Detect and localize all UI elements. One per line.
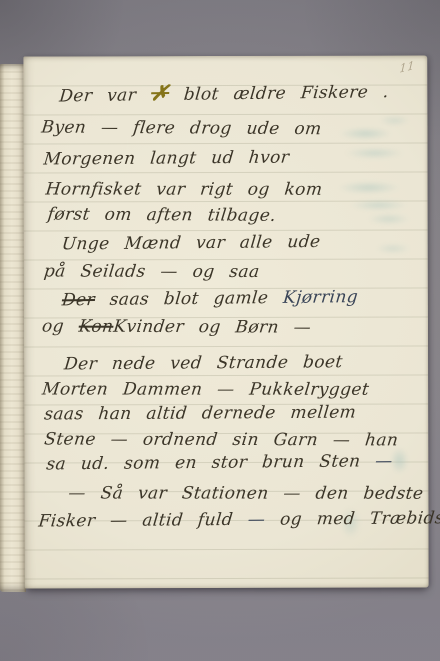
manuscript-segment: Der bbox=[61, 290, 96, 310]
manuscript-line: saas han altid dernede mellem bbox=[43, 401, 357, 427]
manuscript-segment: først om aften tilbage. bbox=[47, 204, 278, 225]
manuscript-segment: Der nede ved Strande boet bbox=[63, 352, 344, 374]
manuscript-line: Morten Dammen — Pukkelrygget bbox=[41, 377, 370, 401]
manuscript-text: Der var ✗ blot ældre Fiskere .Byen — fle… bbox=[23, 55, 428, 588]
manuscript-segment: Hornfisket var rigt og kom bbox=[45, 179, 324, 199]
manuscript-segment: Stene — ordnend sin Garn — han bbox=[43, 429, 399, 450]
manuscript-segment: og bbox=[41, 316, 80, 336]
manuscript-line: sa ud. som en stor brun Sten — bbox=[45, 449, 394, 476]
manuscript-line: Unge Mænd var alle ude bbox=[61, 230, 322, 257]
manuscript-line: først om aften tilbage. bbox=[46, 202, 277, 227]
manuscript-segment: sa ud. som en stor brun Sten bbox=[45, 451, 361, 474]
manuscript-segment: — bbox=[232, 510, 266, 530]
manuscript-line: Fisker — altid fuld — og med Træbids bbox=[37, 506, 440, 533]
manuscript-segment: Morten Dammen — Pukkelrygget bbox=[41, 379, 370, 399]
manuscript-segment: Morgenen langt ud hvor bbox=[43, 148, 291, 170]
manuscript-segment: Kon bbox=[78, 317, 115, 337]
manuscript-segment: Kvinder og Børn — bbox=[112, 317, 312, 338]
manuscript-line: Hornfisket var rigt og kom bbox=[44, 177, 323, 201]
manuscript-segment: blot ældre Fiskere . bbox=[168, 82, 390, 105]
manuscript-segment: og med Træbids bbox=[264, 508, 440, 529]
manuscript-line: — Så var Stationen — den bedste bbox=[67, 481, 424, 505]
manuscript-line: Der nede ved Strande boet bbox=[63, 350, 344, 376]
notebook-page: 11 Der var ✗ blot ældre Fiskere .Byen — … bbox=[23, 55, 428, 588]
manuscript-segment: — Så var Stationen — den bedste bbox=[67, 483, 424, 503]
manuscript-segment: på Seilads — og saa bbox=[43, 261, 261, 282]
page-edges bbox=[0, 64, 26, 592]
manuscript-line: Morgenen langt ud hvor bbox=[42, 146, 290, 172]
manuscript-segment: saas blot gamle bbox=[94, 288, 284, 310]
manuscript-segment: — bbox=[360, 451, 394, 471]
manuscript-line: Byen — flere drog ude om bbox=[40, 115, 323, 141]
manuscript-line: på Seilads — og saa bbox=[43, 259, 261, 284]
manuscript-segment: Kjørring bbox=[282, 287, 359, 308]
manuscript-segment: Byen — flere drog ude om bbox=[40, 117, 322, 139]
photo-backdrop: 11 Der var ✗ blot ældre Fiskere .Byen — … bbox=[0, 0, 440, 661]
manuscript-segment: Unge Mænd var alle ude bbox=[61, 232, 322, 255]
manuscript-segment: Fisker — altid fuld bbox=[38, 510, 234, 532]
manuscript-line: Der saas blot gamle Kjørring bbox=[61, 285, 359, 312]
manuscript-segment: Der var bbox=[58, 85, 152, 106]
manuscript-segment: saas han altid dernede mellem bbox=[43, 403, 357, 425]
manuscript-line: og KonKvinder og Børn — bbox=[41, 314, 313, 339]
manuscript-line: Der var ✗ blot ældre Fiskere . bbox=[58, 78, 390, 108]
